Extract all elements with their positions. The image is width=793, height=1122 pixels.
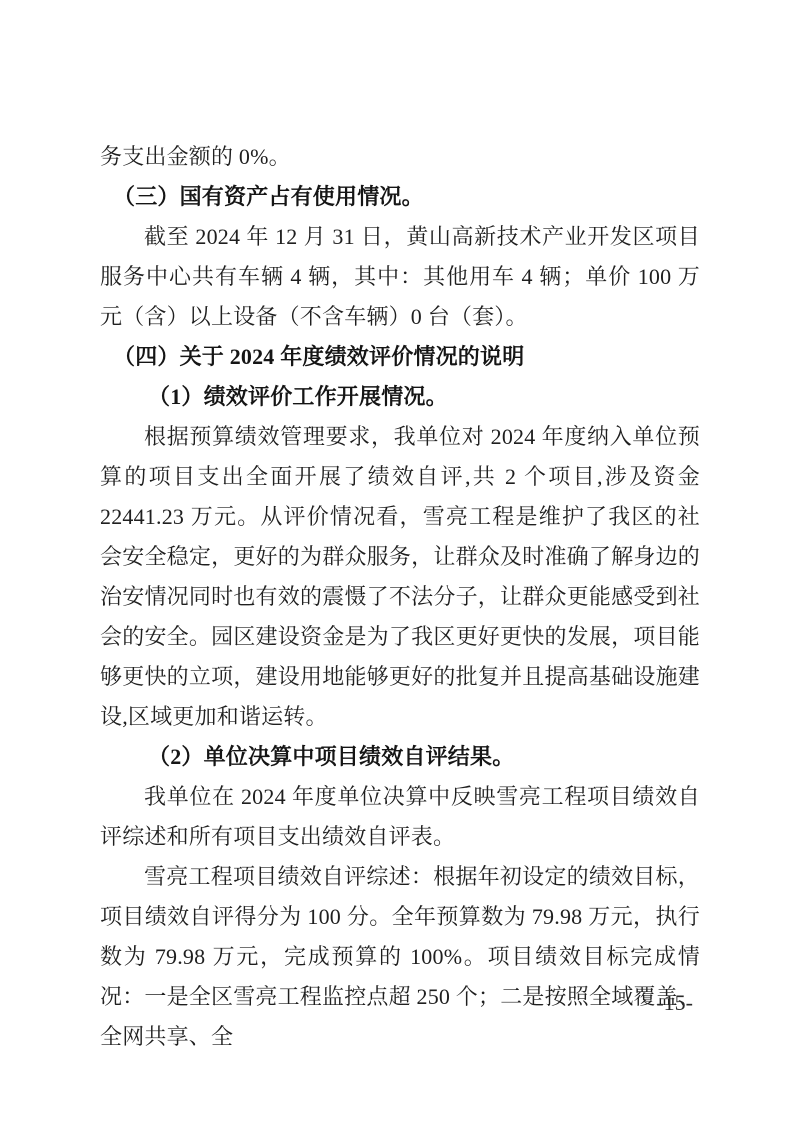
- section-heading-performance-evaluation: （四）关于 2024 年度绩效评价情况的说明: [100, 337, 700, 377]
- paragraph-xueliang-project-summary: 雪亮工程项目绩效自评综述：根据年初设定的绩效目标，项目绩效自评得分为 100 分…: [100, 857, 700, 1057]
- page-number: -15-: [656, 983, 693, 1023]
- subsection-heading-evaluation-work: （1）绩效评价工作开展情况。: [100, 377, 700, 417]
- section-heading-state-assets: （三）国有资产占有使用情况。: [100, 177, 700, 217]
- subsection-heading-self-evaluation-results: （2）单位决算中项目绩效自评结果。: [100, 737, 700, 777]
- document-body: 务支出金额的 0%。 （三）国有资产占有使用情况。 截至 2024 年 12 月…: [100, 137, 700, 1057]
- paragraph-self-evaluation: 根据预算绩效管理要求，我单位对 2024 年度纳入单位预算的项目支出全面开展了绩…: [100, 417, 700, 737]
- paragraph-continuation: 务支出金额的 0%。: [100, 137, 700, 177]
- paragraph-final-accounts: 我单位在 2024 年度单位决算中反映雪亮工程项目绩效自评综述和所有项目支出绩效…: [100, 777, 700, 857]
- paragraph-vehicles-equipment: 截至 2024 年 12 月 31 日，黄山高新技术产业开发区项目服务中心共有车…: [100, 217, 700, 337]
- document-page: 务支出金额的 0%。 （三）国有资产占有使用情况。 截至 2024 年 12 月…: [0, 0, 793, 1122]
